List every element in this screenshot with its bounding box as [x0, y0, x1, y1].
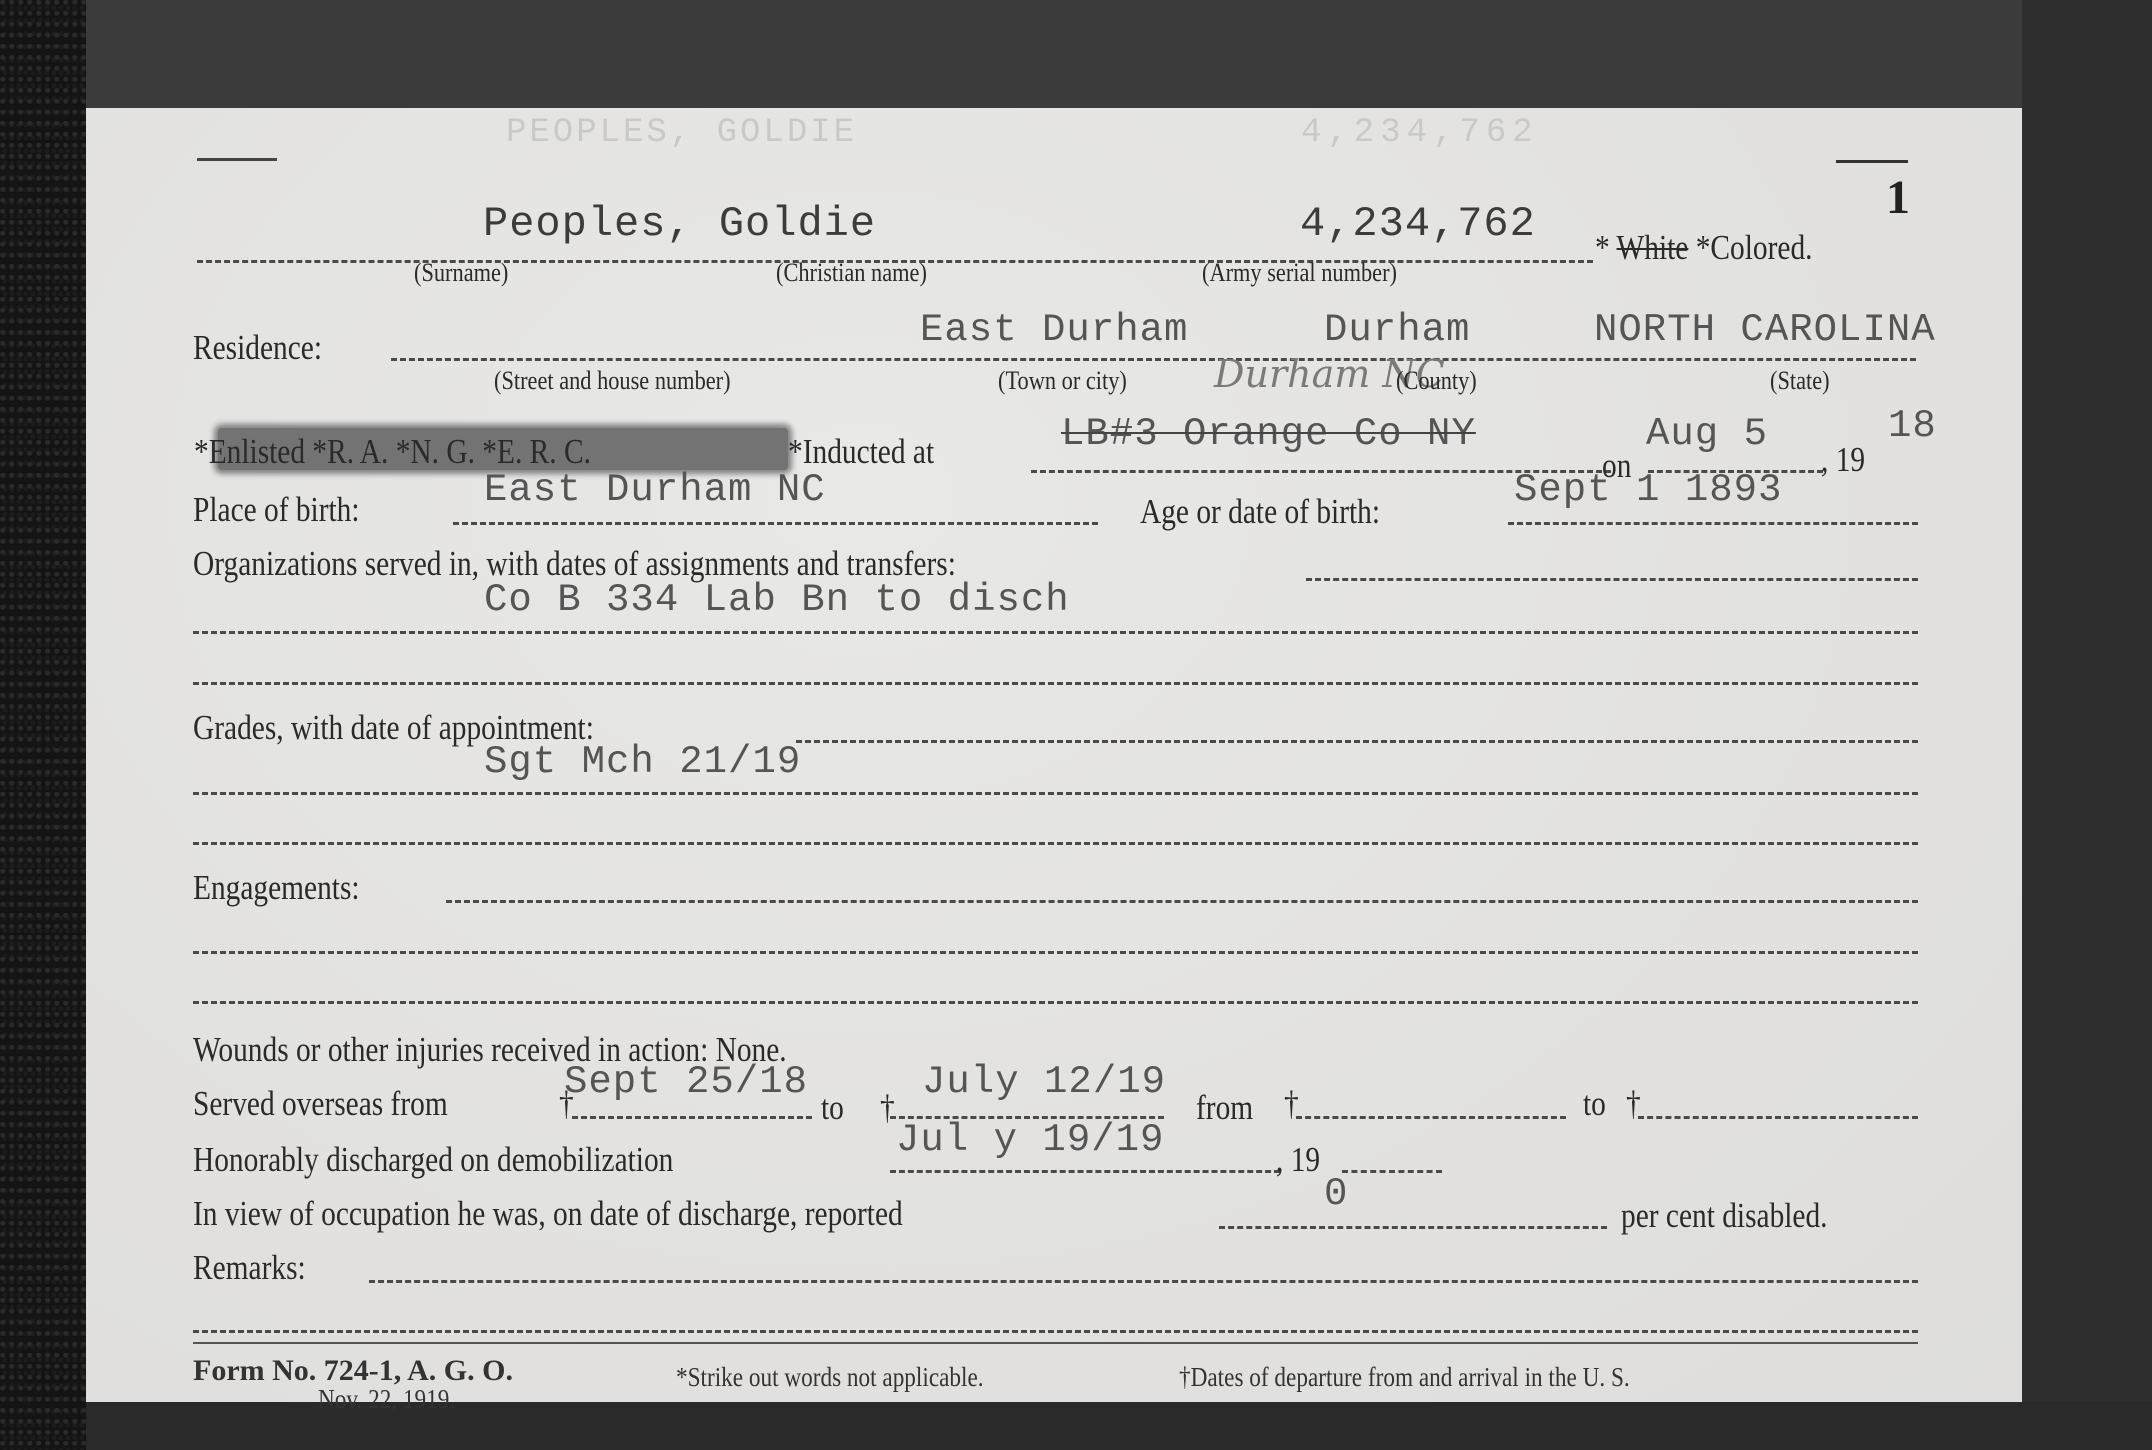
label-county: (County) — [1396, 366, 1477, 396]
discharge-label: Honorably discharged on demobilization — [193, 1140, 673, 1180]
footnote-strike: *Strike out words not applicable. — [676, 1362, 984, 1393]
race-options: * White *Colored. — [1595, 228, 1812, 268]
place-of-birth-underline — [453, 522, 1098, 525]
label-christian-name: (Christian name) — [776, 258, 927, 288]
card-number: 1 — [1886, 170, 1910, 225]
army-serial-number: 4,234,762 — [1300, 200, 1536, 248]
label-town: (Town or city) — [998, 366, 1127, 396]
card-number-overline — [1836, 160, 1908, 163]
engagements-underline-3 — [193, 1001, 1918, 1004]
ghost-serial-text: 4,234,762 — [1301, 114, 1539, 152]
form-date: Nov. 22, 1919. — [318, 1384, 455, 1415]
overseas-to-2-underline — [1638, 1116, 1918, 1119]
form-number: Form No. 724-1, A. G. O. — [193, 1354, 513, 1388]
label-street: (Street and house number) — [494, 366, 731, 396]
disability-label: In view of occupation he was, on date of… — [193, 1194, 903, 1234]
overseas-from-1: Sept 25/18 — [564, 1060, 808, 1104]
service-record-card: 1 PEOPLES, GOLDIE 4,234,762 Peoples, Gol… — [86, 108, 2022, 1402]
organizations-value: Co B 334 Lab Bn to disch — [484, 578, 1070, 622]
organizations-underline-3 — [193, 682, 1918, 685]
discharge-date: Jul y 19/19 — [896, 1118, 1164, 1162]
residence-underline — [391, 358, 1916, 361]
typed-name: Peoples, Goldie — [483, 200, 876, 248]
race-colored: Colored. — [1710, 228, 1812, 267]
overseas-to-label-1: to — [821, 1088, 844, 1128]
grades-value: Sgt Mch 21/19 — [484, 740, 801, 784]
grades-underline-1 — [796, 740, 1918, 743]
residence-label: Residence: — [193, 328, 322, 368]
inducted-date: Aug 5 — [1646, 412, 1768, 456]
label-surname: (Surname) — [414, 258, 508, 288]
scan-right-border — [2022, 0, 2152, 1450]
overseas-to-1: July 12/19 — [922, 1060, 1166, 1104]
inducted-year-prefix: , 19 — [1821, 440, 1865, 480]
engagements-underline-2 — [193, 951, 1918, 954]
dagger-2: † — [880, 1088, 895, 1128]
enlistment-options: *Enlisted *R. A. *N. G. *E. R. C. — [194, 432, 591, 472]
engagements-label: Engagements: — [193, 868, 360, 908]
residence-county: Durham — [1324, 308, 1470, 352]
grades-underline-2 — [193, 792, 1918, 795]
top-left-mark — [197, 158, 277, 161]
inducted-year: 18 — [1888, 404, 1937, 448]
overseas-label: Served overseas from — [193, 1084, 448, 1124]
remarks-label: Remarks: — [193, 1248, 306, 1288]
overseas-to-label-2: to — [1583, 1084, 1606, 1124]
residence-state: NORTH CAROLINA — [1594, 308, 1936, 352]
discharge-year-prefix: , 19 — [1276, 1140, 1320, 1180]
ghost-name-text: PEOPLES, GOLDIE — [506, 114, 857, 152]
label-state: (State) — [1770, 366, 1830, 396]
engagements-underline-1 — [446, 900, 1918, 903]
overseas-from-2-underline — [1296, 1116, 1566, 1119]
date-of-birth-underline — [1508, 522, 1918, 525]
remarks-underline-1 — [369, 1280, 1918, 1283]
organizations-underline-2 — [193, 631, 1918, 634]
scan-left-border — [0, 0, 86, 1450]
place-of-birth-label: Place of birth: — [193, 490, 360, 530]
label-army-serial: (Army serial number) — [1202, 258, 1397, 288]
organizations-underline-1 — [1306, 578, 1918, 581]
residence-town: East Durham — [920, 308, 1188, 352]
inducted-at-struck: LB#3 Orange Co NY — [1061, 412, 1476, 456]
disability-value: 0 — [1324, 1172, 1348, 1216]
inducted-label: *Inducted at — [788, 432, 934, 472]
footer-divider — [193, 1342, 1918, 1344]
discharge-date-underline — [890, 1170, 1280, 1173]
overseas-from-1-underline — [572, 1116, 812, 1119]
place-of-birth: East Durham NC — [484, 468, 826, 512]
footnote-dagger: †Dates of departure from and arrival in … — [1179, 1362, 1630, 1393]
disability-underline — [1219, 1226, 1607, 1229]
grades-underline-3 — [193, 842, 1918, 845]
age-label: Age or date of birth: — [1140, 492, 1380, 532]
disability-suffix: per cent disabled. — [1621, 1196, 1828, 1236]
discharge-year-underline — [1342, 1170, 1442, 1173]
date-of-birth: Sept 1 1893 — [1514, 468, 1782, 512]
overseas-from-label-2: from — [1196, 1088, 1253, 1128]
race-white-struck: White — [1617, 228, 1689, 267]
remarks-underline-2 — [193, 1330, 1918, 1333]
